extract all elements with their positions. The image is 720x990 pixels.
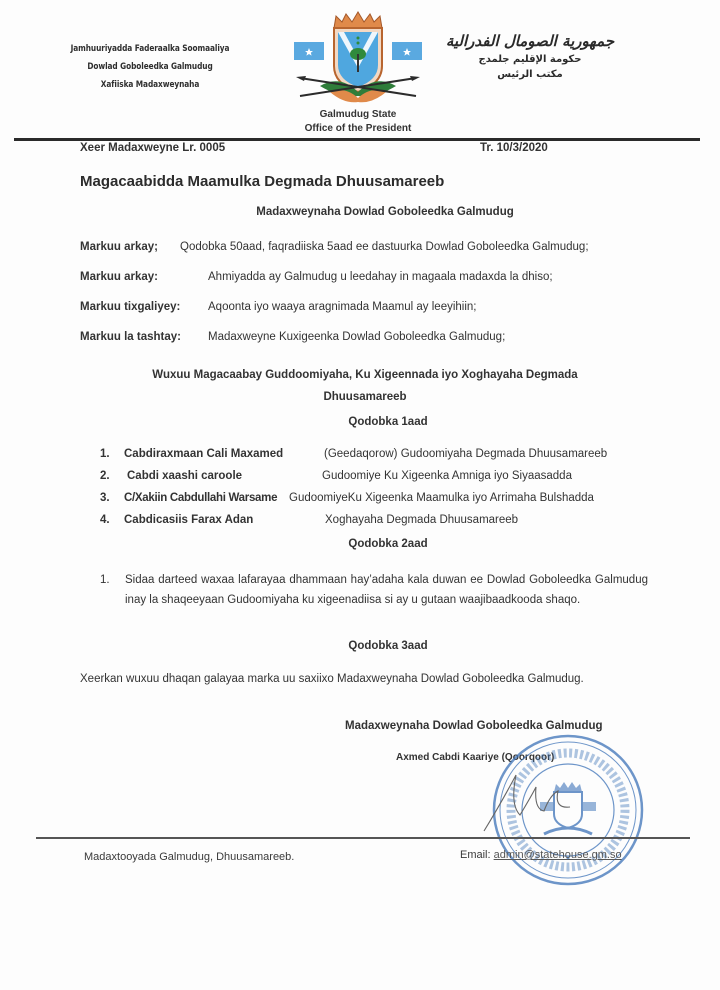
- recital-text: Ahmiyadda ay Galmudug u leedahay in maga…: [208, 271, 553, 283]
- recital-text: Aqoonta iyo waaya aragnimada Maamul ay l…: [208, 301, 477, 313]
- item-number: 3.: [100, 487, 110, 509]
- recital: Markuu arkay;Qodobka 50aad, faqradiiska …: [80, 241, 589, 253]
- appointee-list: 1. Cabdiraxmaan Cali Maxamed (Geedaqorow…: [100, 443, 660, 531]
- clause-number: 1.: [100, 570, 110, 590]
- caption-state: Galmudug State: [280, 108, 436, 122]
- appointment-heading-line: Wuxuu Magacaabay Guddoomiyaha, Ku Xigeen…: [120, 364, 610, 386]
- footer-address: Madaxtooyada Galmudug, Dhuusamareeb.: [84, 851, 294, 863]
- letterhead-somali: Jamhuuriyadda Faderaalka Soomaaliya Dowl…: [68, 40, 232, 94]
- letterhead-line: Dowlad Goboleedka Galmudug: [68, 58, 232, 76]
- recital-label: Markuu arkay:: [80, 271, 208, 283]
- appointment-heading-line: Dhuusamareeb: [120, 386, 610, 408]
- list-item: 4. Cabdicasiis Farax Adan Xoghayaha Degm…: [100, 509, 660, 531]
- appointee-role: Gudoomiye Ku Xigeenka Amniga iyo Siyaasa…: [322, 465, 572, 487]
- document-issuer: Madaxweynaha Dowlad Goboleedka Galmudug: [0, 206, 720, 218]
- recital-label: Markuu tixgaliyey:: [80, 301, 208, 313]
- recital: Markuu tixgaliyey:Aqoonta iyo waaya arag…: [80, 301, 477, 313]
- item-number: 1.: [100, 443, 110, 465]
- footer-divider: [36, 837, 690, 839]
- recital-label: Markuu la tashtay:: [80, 331, 208, 343]
- caption-office: Office of the President: [280, 122, 436, 136]
- header-divider: [14, 138, 700, 141]
- decree-number: Xeer Madaxweyne Lr. 0005: [80, 142, 225, 154]
- decree-document: Jamhuuriyadda Faderaalka Soomaaliya Dowl…: [0, 0, 720, 990]
- recital-text: Madaxweyne Kuxigeenka Dowlad Goboleedka …: [208, 331, 505, 343]
- section-heading-3: Qodobka 3aad: [0, 640, 720, 652]
- appointee-name: Cabdiraxmaan Cali Maxamed: [124, 443, 283, 465]
- footer-email: Email: admin@statehouse.gm.so: [460, 849, 622, 861]
- appointee-role: (Geedaqorow) Gudoomiyaha Degmada Dhuusam…: [324, 443, 607, 465]
- letterhead-arabic: جمهورية الصومال الفدرالية حكومة الإقليم …: [440, 30, 620, 82]
- appointee-name: Cabdicasiis Farax Adan: [124, 509, 253, 531]
- emblem-caption: Galmudug State Office of the President: [280, 108, 436, 136]
- appointee-role: Xoghayaha Degmada Dhuusamareeb: [325, 509, 518, 531]
- appointee-name: Cabdi xaashi caroole: [127, 465, 242, 487]
- section-heading-1: Qodobka 1aad: [0, 416, 720, 428]
- clause: 1. Sidaa darteed waxaa lafarayaa dhammaa…: [100, 570, 648, 610]
- appointee-role: GudoomiyeKu Xigeenka Maamulka iyo Arrima…: [289, 487, 594, 509]
- list-item: 1. Cabdiraxmaan Cali Maxamed (Geedaqorow…: [100, 443, 660, 465]
- letterhead-arabic-line: مكتب الرئيس: [440, 68, 620, 82]
- decree-date: Tr. 10/3/2020: [480, 142, 548, 154]
- list-item: 2. Cabdi xaashi caroole Gudoomiye Ku Xig…: [100, 465, 660, 487]
- email-link[interactable]: admin@statehouse.gm.so: [494, 849, 622, 861]
- recital: Markuu arkay:Ahmiyadda ay Galmudug u lee…: [80, 271, 553, 283]
- letterhead-line: Xafiiska Madaxweynaha: [68, 76, 232, 94]
- handwritten-signature-icon: [480, 765, 600, 835]
- item-number: 2.: [100, 465, 110, 487]
- letterhead-arabic-line: جمهورية الصومال الفدرالية: [440, 30, 620, 52]
- section-heading-2: Qodobka 2aad: [0, 538, 720, 550]
- document-title: Magacaabidda Maamulka Degmada Dhuusamare…: [80, 173, 444, 190]
- email-label: Email:: [460, 849, 494, 861]
- item-number: 4.: [100, 509, 110, 531]
- recital: Markuu la tashtay:Madaxweyne Kuxigeenka …: [80, 331, 505, 343]
- galmudug-coat-of-arms-icon: [290, 8, 426, 108]
- recital-label: Markuu arkay;: [80, 241, 180, 253]
- clause-text: Sidaa darteed waxaa lafarayaa dhammaan h…: [125, 570, 648, 610]
- appointment-heading: Wuxuu Magacaabay Guddoomiyaha, Ku Xigeen…: [120, 364, 610, 408]
- letterhead-line: Jamhuuriyadda Faderaalka Soomaaliya: [68, 40, 232, 58]
- letterhead-arabic-line: حكومة الإقليم جلمدج: [440, 52, 620, 68]
- effective-clause: Xeerkan wuxuu dhaqan galayaa marka uu sa…: [80, 668, 648, 690]
- appointee-name: C/Xakiin Cabdullahi Warsame: [124, 487, 277, 509]
- list-item: 3. C/Xakiin Cabdullahi Warsame Gudoomiye…: [100, 487, 660, 509]
- recital-text: Qodobka 50aad, faqradiiska 5aad ee dastu…: [180, 241, 589, 253]
